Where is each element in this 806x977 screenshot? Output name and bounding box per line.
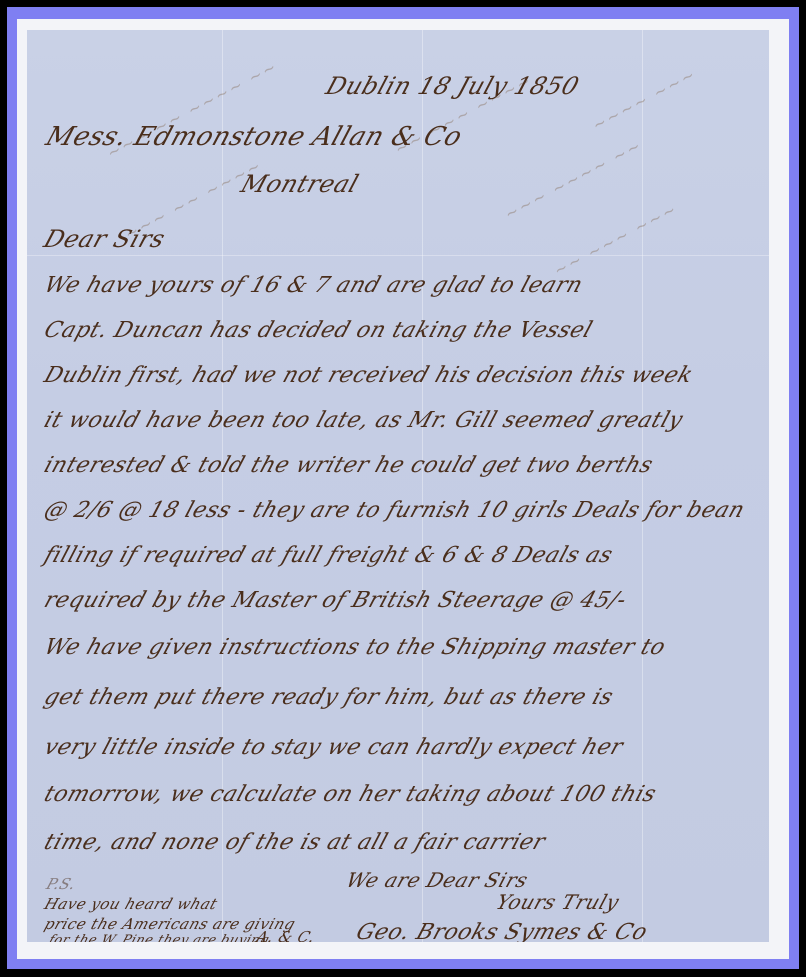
postscript-line: for the W. Pine they are buying — [47, 933, 272, 942]
dateline: Dublin 18 July 1850 — [322, 72, 582, 100]
postscript-mark: P.S. — [44, 875, 78, 893]
salutation: Dear Sirs — [40, 225, 168, 253]
body-line: get them put there ready for him, but as… — [41, 685, 617, 710]
signature: Geo. Brooks Symes & Co — [353, 920, 651, 942]
body-line: it would have been too late, as Mr. Gill… — [41, 408, 686, 433]
complimentary-close: We are Dear Sirs — [343, 868, 531, 892]
addressee-place: Montreal — [237, 170, 362, 198]
body-line: Capt. Duncan has decided on taking the V… — [41, 318, 596, 343]
addressee: Mess. Edmonstone Allan & Co — [42, 122, 466, 152]
scan-mat: ~~~ ~~ ~~~~ ~~ ~~ ~~~ ~~~~ ~~~~ ~~~ ~~~ … — [17, 19, 789, 959]
letter-paper: ~~~ ~~ ~~~~ ~~ ~~ ~~~ ~~~~ ~~~~ ~~~ ~~~ … — [27, 30, 769, 942]
bleed-through-text: ~~ ~~~ ~~~ — [551, 199, 681, 280]
image-frame: ~~~ ~~ ~~~~ ~~ ~~ ~~~ ~~~~ ~~~~ ~~~ ~~~ … — [7, 7, 799, 969]
body-line: very little inside to stay we can hardly… — [41, 735, 626, 760]
postscript-line: Have you heard what — [42, 895, 220, 913]
yours-truly: Yours Truly — [493, 890, 622, 914]
body-line: filling if required at full freight & 6 … — [41, 543, 616, 568]
body-line: required by the Master of British Steera… — [41, 588, 630, 613]
initials: A. & C. — [254, 928, 318, 942]
body-line: interested & told the writer he could ge… — [41, 453, 656, 478]
body-line: tomorrow, we calculate on her taking abo… — [41, 782, 660, 807]
body-line: We have yours of 16 & 7 and are glad to … — [41, 273, 586, 298]
bleed-through-text: ~~~ ~~~~ ~~ — [501, 135, 645, 224]
bleed-through-text: ~~~~ ~~~ — [589, 64, 699, 135]
body-line: time, and none of the is at all a fair c… — [41, 830, 549, 855]
fold-line — [27, 255, 769, 256]
body-line: Dublin first, had we not received his de… — [41, 363, 696, 388]
body-line: @ 2/6 @ 18 less - they are to furnish 10… — [41, 498, 748, 523]
body-line: We have given instructions to the Shippi… — [41, 635, 669, 660]
